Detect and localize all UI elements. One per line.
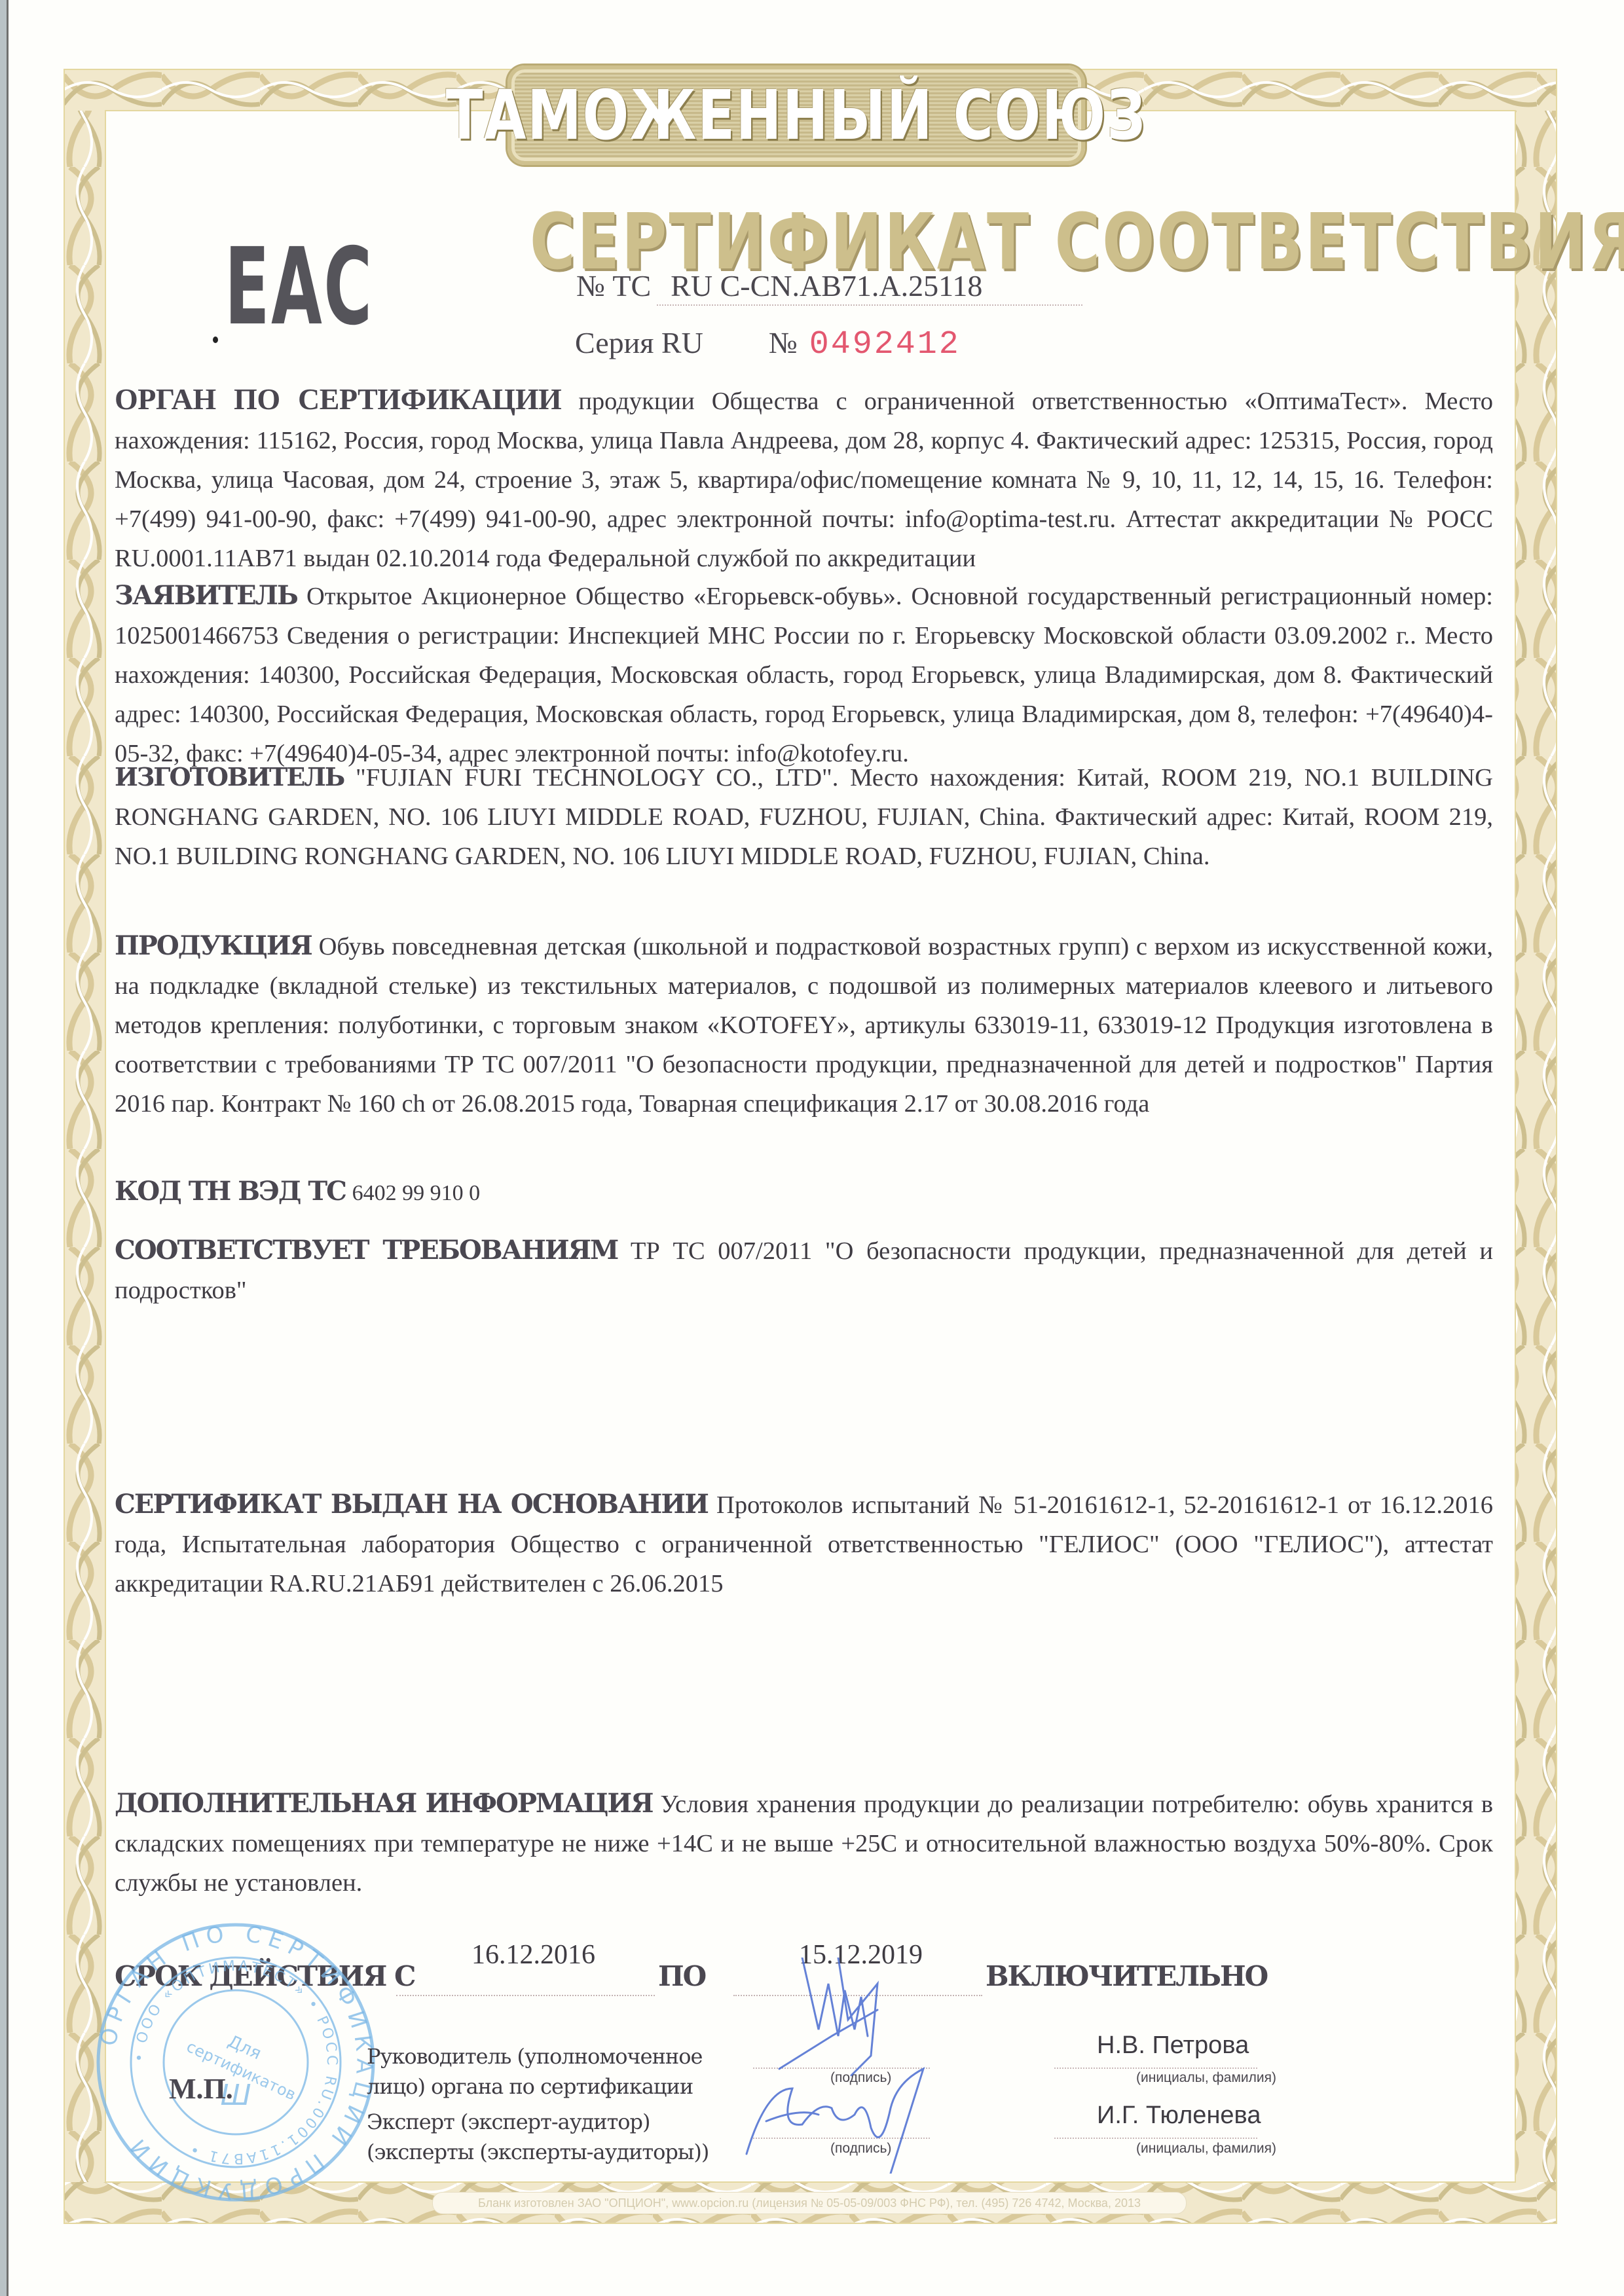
section-certification-body: ОРГАН ПО СЕРТИФИКАЦИИ продукции Общества… (115, 380, 1493, 578)
expert-name-line (1054, 2138, 1257, 2139)
svg-text:Для: Для (225, 2032, 264, 2064)
section-heading: ОРГАН ПО СЕРТИФИКАЦИИ (115, 382, 561, 416)
section-product: ПРОДУКЦИЯ Обувь повседневная детская (шк… (115, 926, 1493, 1123)
customs-union-title: ТАМОЖЕННЫЙ СОЮЗ (446, 75, 1147, 155)
section-heading: СООТВЕТСТВУЕТ ТРЕБОВАНИЯМ (115, 1235, 618, 1266)
validity-from-date: 16.12.2016 (471, 1939, 595, 1971)
section-heading: КОД ТН ВЭД ТС (115, 1176, 346, 1207)
validity-to-label: ПО (658, 1960, 705, 1992)
expert-signature-caption: (подпись) (830, 2141, 891, 2157)
head-name-caption: (инициалы, фамилия) (1136, 2070, 1276, 2086)
from-date-line (396, 1995, 655, 1996)
section-text: Обувь повседневная детская (школьной и п… (115, 933, 1493, 1118)
hs-code-value: 6402 99 910 0 (352, 1181, 481, 1205)
section-manufacturer: ИЗГОТОВИТЕЛЬ "FUJIAN FURI TECHNOLOGY CO.… (115, 757, 1493, 876)
certificate-number: № ТСRU C-CN.AB71.A.25118 (576, 268, 982, 303)
eac-mark-icon: ЕАС (225, 234, 374, 340)
seal-place-label: М.П. (169, 2072, 233, 2105)
head-signature-line (753, 2068, 930, 2069)
certificate-number-label: № ТС (576, 269, 651, 302)
scan-edge-line (7, 0, 9, 2296)
validity-from-label: СРОК ДЕЙСТВИЯ С (115, 1960, 415, 1992)
blank-printer-note: Бланк изготовлен ЗАО "ОПЦИОН", www.opcio… (432, 2192, 1187, 2214)
section-additional-info: ДОПОЛНИТЕЛЬНАЯ ИНФОРМАЦИЯ Условия хранен… (115, 1784, 1493, 1903)
section-hs-code: КОД ТН ВЭД ТС 6402 99 910 0 (115, 1172, 1493, 1213)
series-label: Серия RU (575, 326, 703, 359)
head-signature-caption: (подпись) (830, 2070, 891, 2086)
number-underline (657, 304, 1082, 306)
expert-name-caption: (инициалы, фамилия) (1136, 2141, 1276, 2157)
section-text: Открытое Акционерное Общество «Егорьевск… (115, 583, 1493, 767)
series-no-label: № (769, 326, 798, 359)
customs-union-plaque: ТАМОЖЕННЫЙ СОЮЗ (507, 65, 1085, 165)
section-heading: ЗАЯВИТЕЛЬ (115, 580, 297, 611)
expert-name: И.Г. Тюленева (1097, 2102, 1261, 2130)
head-label-line-2: лицо) органа по сертификации (367, 2071, 702, 2102)
section-applicant: ЗАЯВИТЕЛЬ Открытое Акционерное Общество … (115, 576, 1493, 773)
validity-to-date: 15.12.2019 (799, 1939, 923, 1971)
head-name-line (1054, 2068, 1257, 2069)
section-heading: ИЗГОТОВИТЕЛЬ (115, 762, 344, 792)
scan-edge (0, 0, 7, 2296)
expert-label: Эксперт (эксперт-аудитор) (эксперты (экс… (367, 2107, 709, 2167)
scan-speck (213, 337, 218, 343)
section-heading: ДОПОЛНИТЕЛЬНАЯ ИНФОРМАЦИЯ (115, 1788, 653, 1819)
expert-signature-line (753, 2138, 930, 2139)
validity-inclusive-label: ВКЛЮЧИТЕЛЬНО (986, 1960, 1267, 1992)
head-name: Н.В. Петрова (1097, 2032, 1249, 2060)
series-number-value: 0492412 (809, 326, 961, 363)
to-date-line (733, 1995, 982, 1996)
section-conformity: СООТВЕТСТВУЕТ ТРЕБОВАНИЯМ ТР ТС 007/2011… (115, 1231, 1493, 1310)
expert-label-line-1: Эксперт (эксперт-аудитор) (367, 2107, 709, 2137)
head-of-body-label: Руководитель (уполномоченное лицо) орган… (367, 2041, 702, 2102)
section-heading: СЕРТИФИКАТ ВЫДАН НА ОСНОВАНИИ (115, 1489, 708, 1520)
head-label-line-1: Руководитель (уполномоченное (367, 2041, 702, 2071)
series-number: Серия RU№0492412 (575, 325, 961, 363)
section-issue-basis: СЕРТИФИКАТ ВЫДАН НА ОСНОВАНИИ Протоколов… (115, 1485, 1493, 1603)
expert-label-line-2: (эксперты (эксперты-аудиторы)) (367, 2137, 709, 2167)
certificate-number-value: RU C-CN.AB71.A.25118 (671, 269, 982, 302)
section-heading: ПРОДУКЦИЯ (115, 930, 312, 961)
